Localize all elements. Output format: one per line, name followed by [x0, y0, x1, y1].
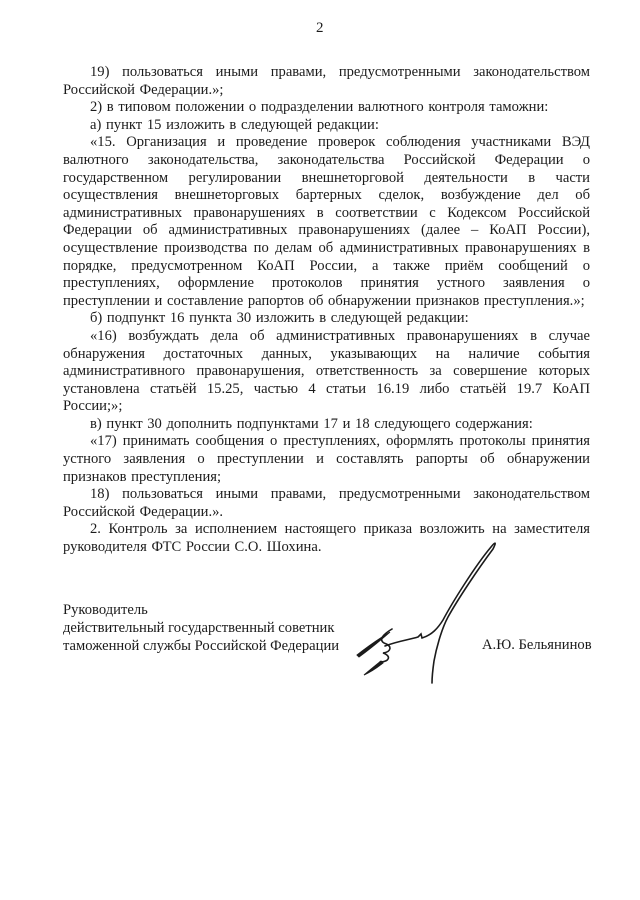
- paragraph: б) подпункт 16 пункта 30 изложить в след…: [63, 310, 590, 328]
- paragraph: «17) принимать сообщения о преступлениях…: [63, 433, 590, 486]
- document-page: 2 19) пользоваться иными правами, предус…: [0, 0, 640, 900]
- paragraph: а) пункт 15 изложить в следующей редакци…: [63, 117, 590, 135]
- document-body: 19) пользоваться иными правами, предусмо…: [63, 64, 590, 557]
- signatory-position-line: действительный государственный советник: [63, 620, 339, 638]
- paragraph: 19) пользоваться иными правами, предусмо…: [63, 64, 590, 99]
- paragraph: «16) возбуждать дела об административных…: [63, 328, 590, 416]
- signatory-position-line: таможенной службы Российской Федерации: [63, 638, 339, 656]
- paragraph: в) пункт 30 дополнить подпунктами 17 и 1…: [63, 416, 590, 434]
- page-number: 2: [0, 20, 640, 37]
- paragraph: 2) в типовом положении о подразделении в…: [63, 99, 590, 117]
- signature-title-block: Руководитель действительный государствен…: [63, 602, 339, 655]
- paragraph: 2. Контроль за исполнением настоящего пр…: [63, 521, 590, 556]
- signatory-position-line: Руководитель: [63, 602, 339, 620]
- paragraph: 18) пользоваться иными правами, предусмо…: [63, 486, 590, 521]
- handwritten-signature-icon: [340, 535, 510, 695]
- paragraph: «15. Организация и проведение проверок с…: [63, 134, 590, 310]
